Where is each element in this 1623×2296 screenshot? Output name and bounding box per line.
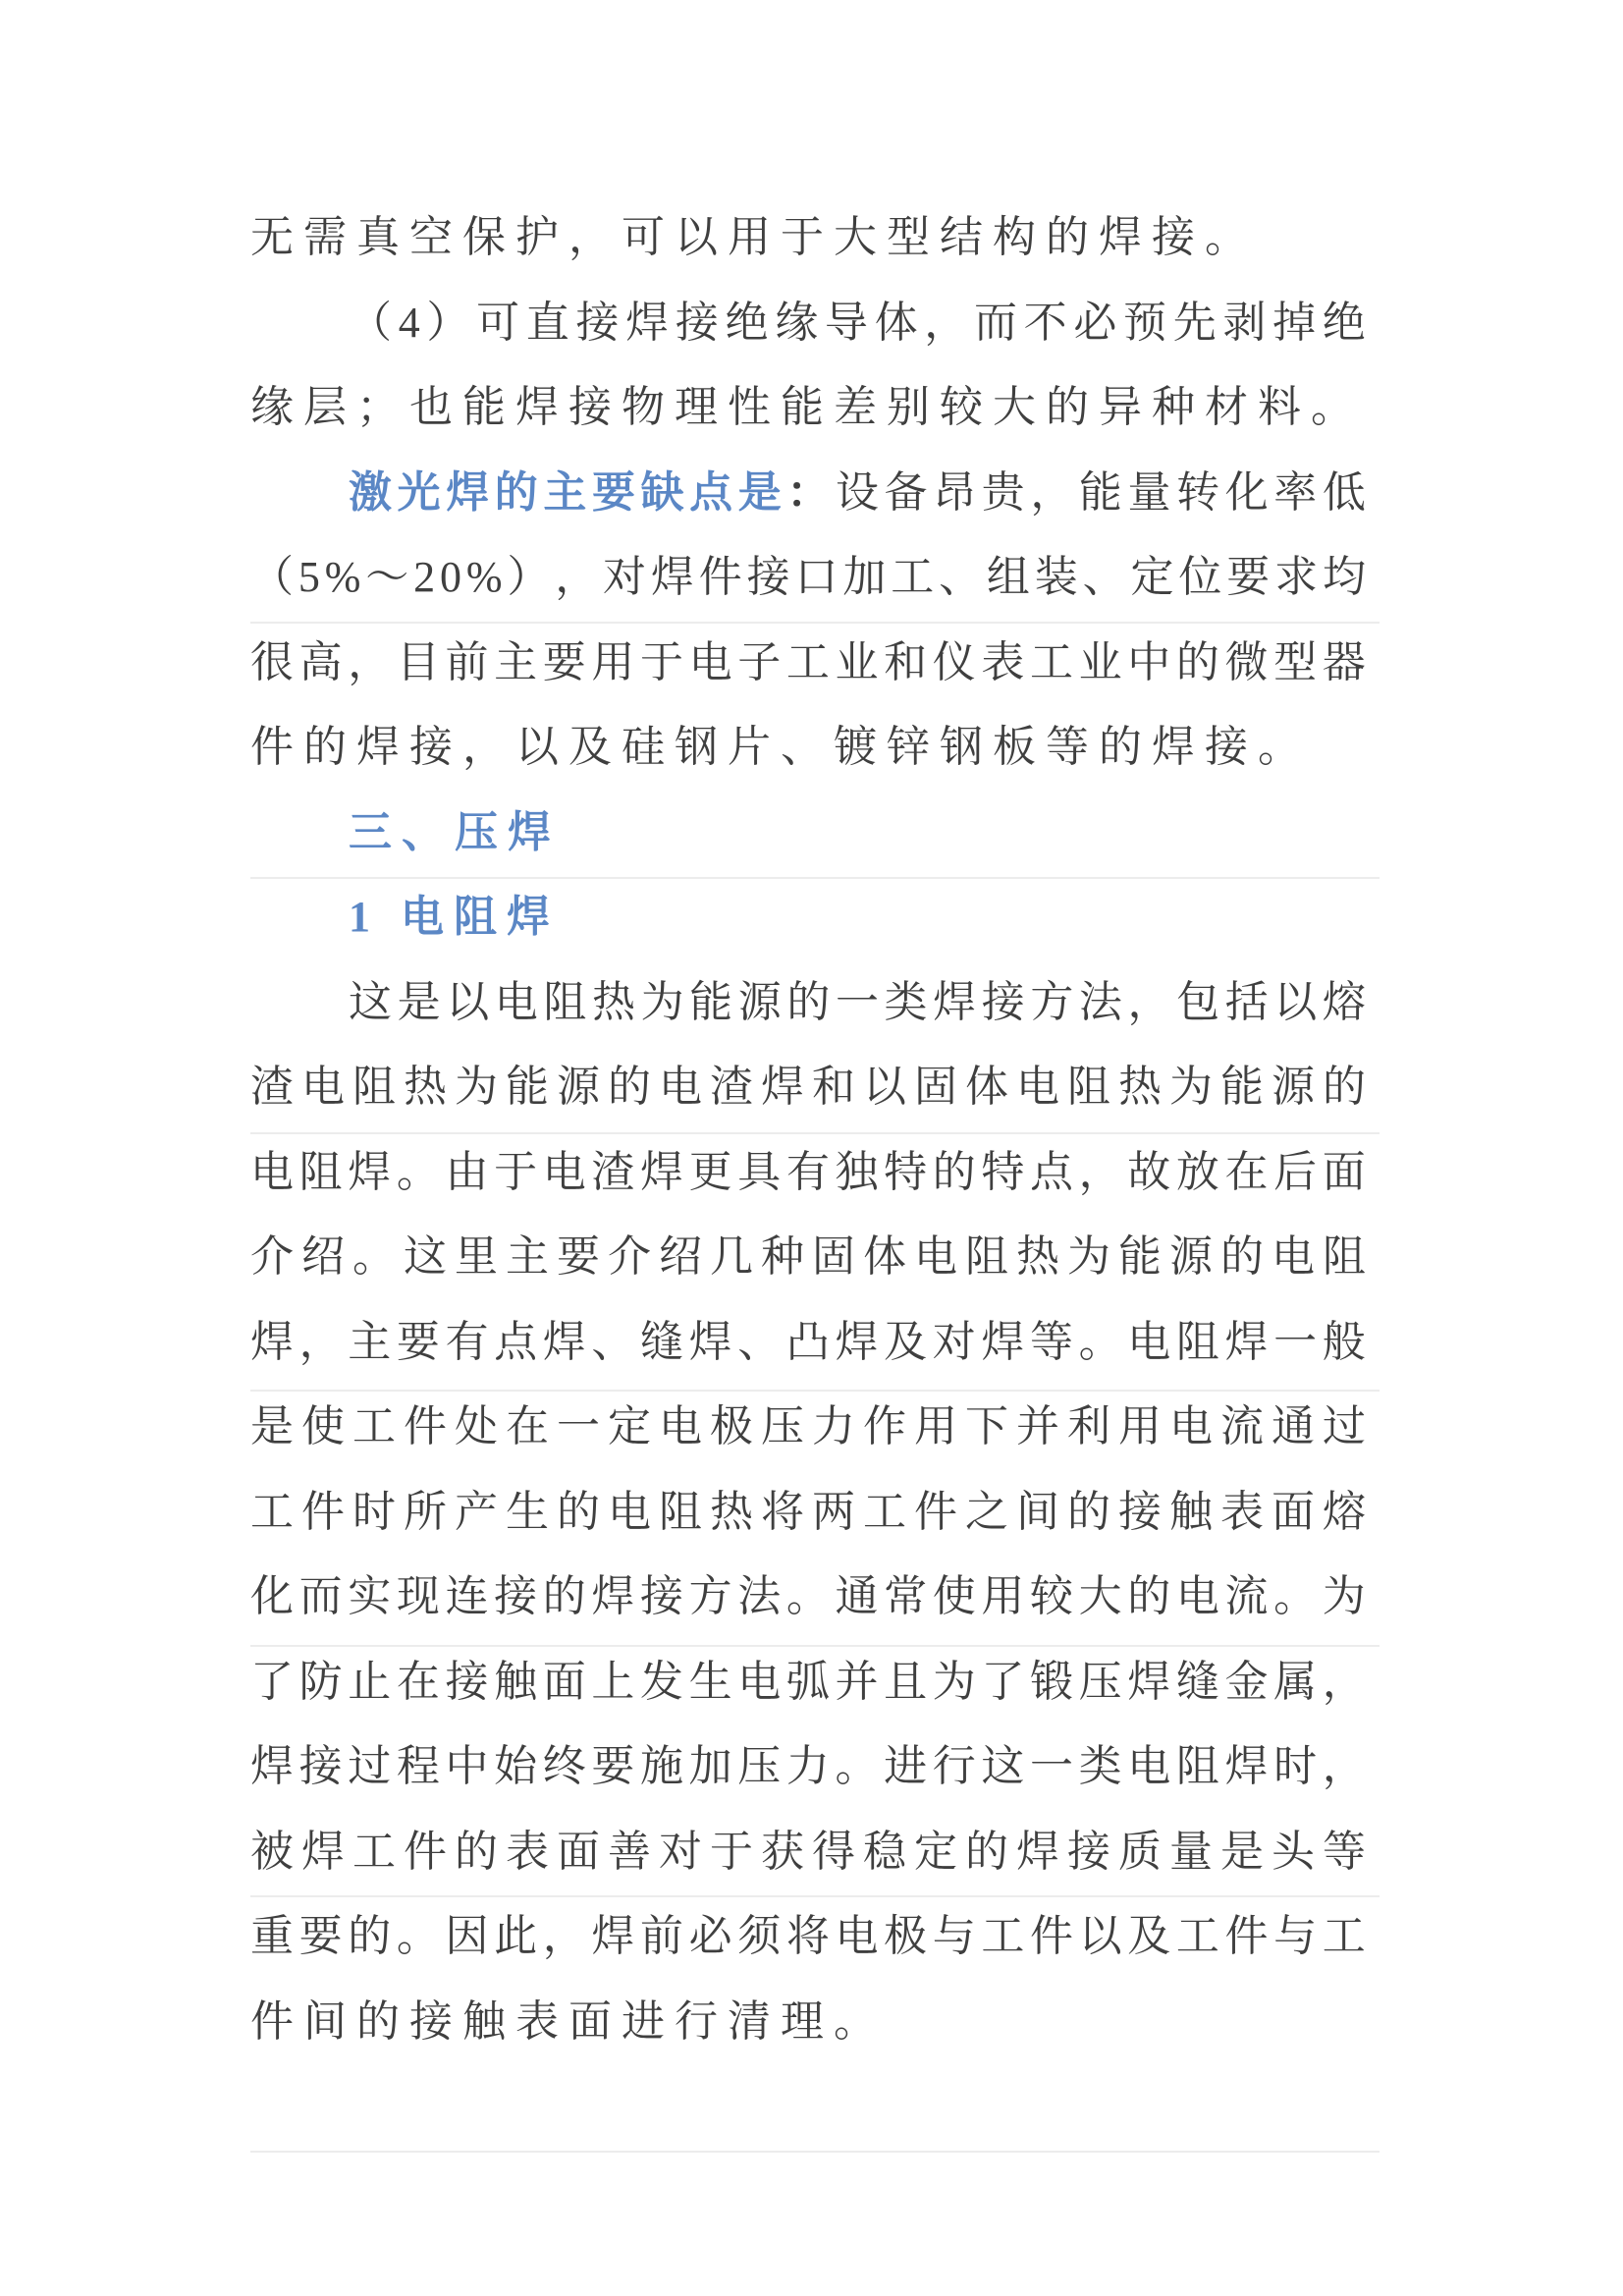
text-line-11: 渣电阻热为能源的电渣焊和以固体电阻热为能源的 [250, 1045, 1366, 1130]
text-line-21: 重要的。因此，焊前必须将电极与工件以及工件与工 [250, 1894, 1366, 1980]
text-line-1: 无需真空保护，可以用于大型结构的焊接。 [250, 195, 1366, 281]
text-line-15: 是使工件处在一定电极压力作用下并利用电流通过 [250, 1385, 1366, 1470]
text-line-9: 1 电阻焊 [250, 875, 1366, 960]
document-page: 无需真空保护，可以用于大型结构的焊接。（4）可直接焊接绝缘导体，而不必预先剥掉绝… [0, 0, 1623, 2296]
text-line-8: 三、压焊 [250, 791, 1366, 876]
ruled-line [250, 622, 1380, 624]
text-line-18: 了防止在接触面上发生电弧并且为了锻压焊缝金属， [250, 1640, 1366, 1725]
text-line-7: 件的焊接，以及硅钢片、镀锌钢板等的焊接。 [250, 705, 1366, 791]
text-line-10: 这是以电阻热为能源的一类焊接方法，包括以熔 [250, 960, 1366, 1046]
text-line-3: 缘层；也能焊接物理性能差别较大的异种材料。 [250, 365, 1366, 451]
ruled-line [250, 2151, 1380, 2153]
ruled-line [250, 877, 1380, 879]
text-line-16: 工件时所产生的电阻热将两工件之间的接触表面熔 [250, 1470, 1366, 1556]
document-body: 无需真空保护，可以用于大型结构的焊接。（4）可直接焊接绝缘导体，而不必预先剥掉绝… [250, 195, 1366, 2064]
text-line-4: 激光焊的主要缺点是：设备昂贵，能量转化率低 [250, 451, 1366, 536]
text-line-20: 被焊工件的表面善对于获得稳定的焊接质量是头等 [250, 1810, 1366, 1895]
text-line-2: （4）可直接焊接绝缘导体，而不必预先剥掉绝 [250, 281, 1366, 366]
text-line-22: 件间的接触表面进行清理。 [250, 1980, 1366, 2065]
text-line-13: 介绍。这里主要介绍几种固体电阻热为能源的电阻 [250, 1215, 1366, 1300]
ruled-line [250, 1132, 1380, 1134]
text-line-6: 很高，目前主要用于电子工业和仪表工业中的微型器 [250, 621, 1366, 706]
text-line-5: （5%～20%），对焊件接口加工、组装、定位要求均 [250, 535, 1366, 621]
ruled-line [250, 1645, 1380, 1647]
text-line-17: 化而实现连接的焊接方法。通常使用较大的电流。为 [250, 1555, 1366, 1640]
text-line-14: 焊，主要有点焊、缝焊、凸焊及对焊等。电阻焊一般 [250, 1300, 1366, 1386]
ruled-line [250, 1895, 1380, 1897]
text-line-19: 焊接过程中始终要施加压力。进行这一类电阻焊时， [250, 1724, 1366, 1810]
ruled-line [250, 1390, 1380, 1392]
text-line-12: 电阻焊。由于电渣焊更具有独特的特点，故放在后面 [250, 1130, 1366, 1216]
